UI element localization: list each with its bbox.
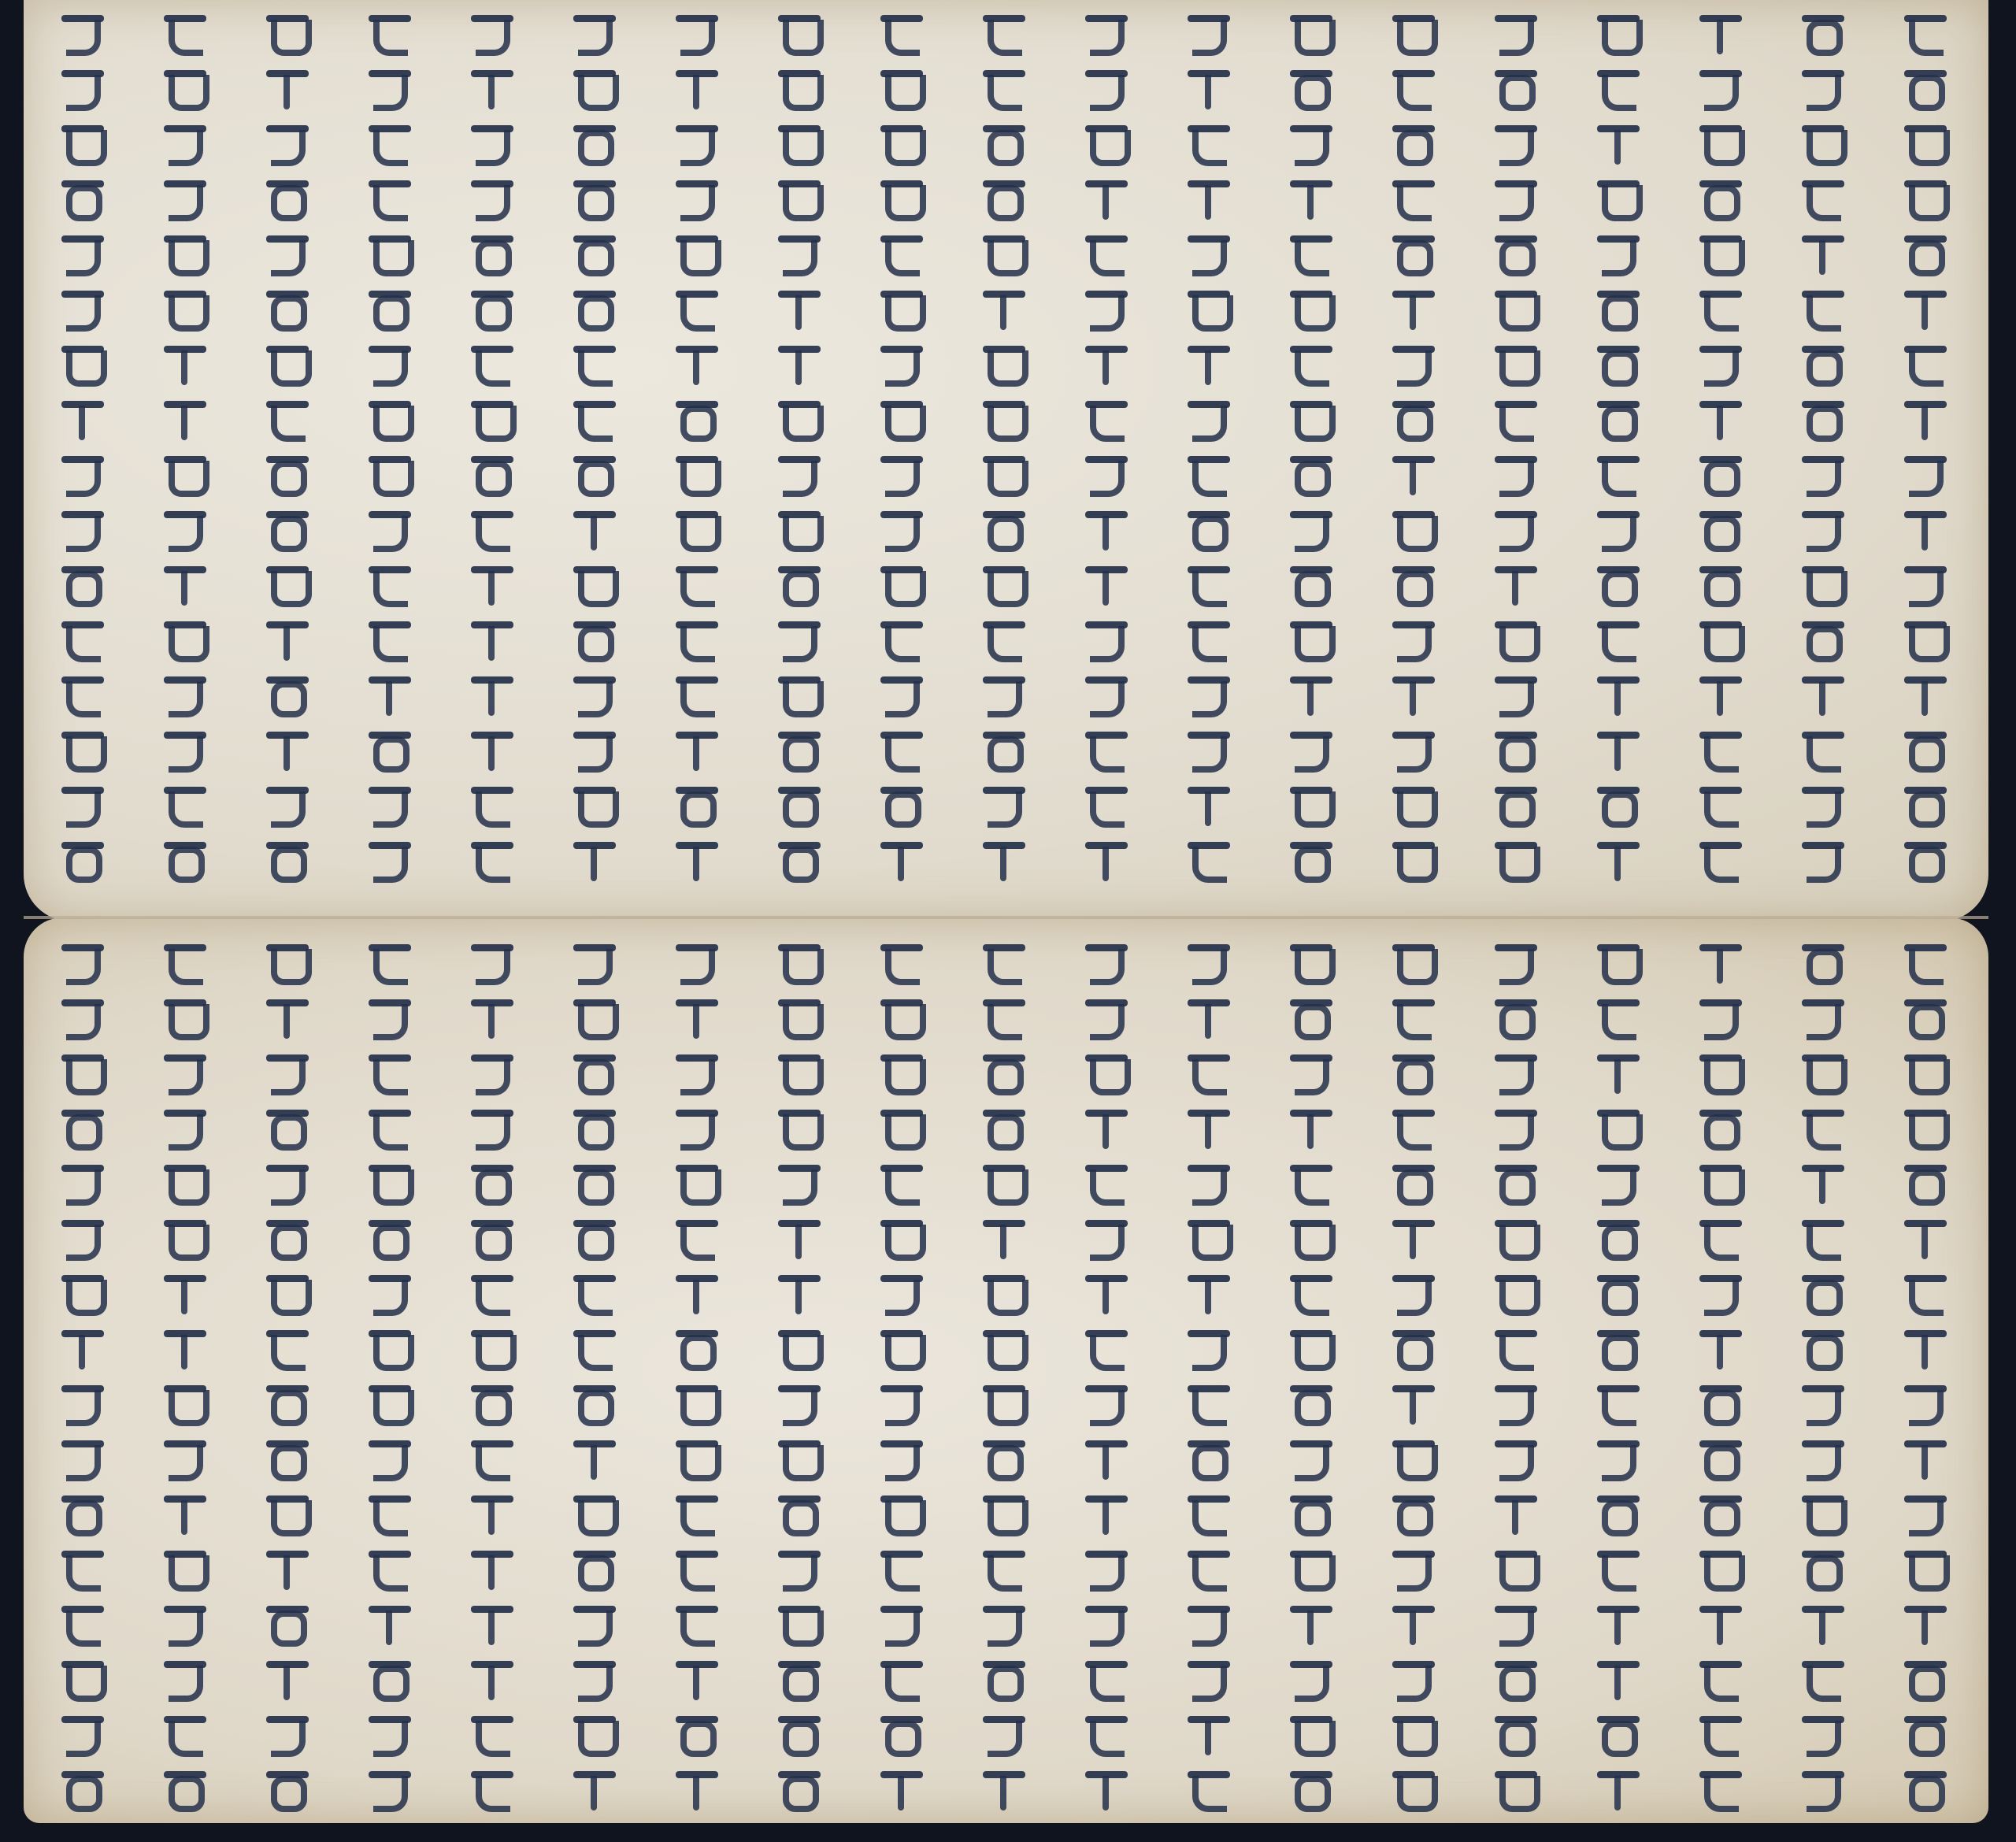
script-column	[1488, 12, 1543, 884]
handwritten-glyph	[874, 1437, 929, 1483]
handwritten-glyph	[1795, 1658, 1851, 1703]
handwritten-glyph	[1591, 122, 1646, 168]
script-column	[874, 941, 929, 1814]
handwritten-glyph	[55, 784, 110, 829]
handwritten-glyph	[362, 67, 417, 113]
handwritten-glyph	[1284, 1547, 1339, 1593]
handwritten-glyph	[1488, 1382, 1543, 1428]
handwritten-glyph	[1181, 287, 1236, 333]
handwritten-glyph	[260, 784, 315, 829]
handwritten-glyph	[669, 1603, 724, 1648]
handwritten-glyph	[55, 398, 110, 443]
handwritten-glyph	[1181, 1437, 1236, 1483]
handwritten-glyph	[772, 1658, 827, 1703]
handwritten-glyph	[55, 1272, 110, 1318]
handwritten-glyph	[1284, 1713, 1339, 1759]
script-column	[1181, 941, 1236, 1814]
handwritten-glyph	[772, 1547, 827, 1593]
handwritten-glyph	[1898, 232, 1953, 278]
handwritten-glyph	[1795, 996, 1851, 1042]
handwritten-glyph	[1795, 508, 1851, 554]
handwritten-glyph	[1079, 12, 1134, 57]
handwritten-glyph	[1181, 343, 1236, 388]
handwritten-glyph	[55, 508, 110, 554]
handwritten-glyph	[1488, 996, 1543, 1042]
handwritten-glyph	[976, 996, 1032, 1042]
handwritten-glyph	[874, 1162, 929, 1207]
handwritten-glyph	[157, 996, 213, 1042]
handwritten-glyph	[1795, 673, 1851, 719]
handwritten-glyph	[1693, 1272, 1748, 1318]
handwritten-glyph	[157, 177, 213, 223]
handwritten-glyph	[874, 728, 929, 774]
handwritten-glyph	[772, 1713, 827, 1759]
handwritten-glyph	[669, 839, 724, 884]
handwritten-glyph	[362, 12, 417, 57]
handwritten-glyph	[1488, 287, 1543, 333]
handwritten-glyph	[1386, 1106, 1441, 1152]
handwritten-glyph	[1284, 839, 1339, 884]
handwritten-glyph	[772, 12, 827, 57]
handwritten-glyph	[1181, 1768, 1236, 1814]
handwritten-glyph	[260, 287, 315, 333]
handwritten-glyph	[1488, 343, 1543, 388]
handwritten-glyph	[260, 839, 315, 884]
handwritten-glyph	[976, 618, 1032, 664]
handwritten-glyph	[1795, 122, 1851, 168]
handwritten-glyph	[976, 398, 1032, 443]
handwritten-glyph	[465, 1713, 520, 1759]
handwritten-glyph	[260, 1051, 315, 1097]
script-column	[260, 941, 315, 1814]
handwritten-glyph	[1795, 398, 1851, 443]
script-column	[362, 12, 417, 884]
handwritten-glyph	[465, 839, 520, 884]
handwritten-glyph	[1284, 941, 1339, 987]
handwritten-glyph	[1693, 728, 1748, 774]
handwritten-glyph	[157, 1547, 213, 1593]
handwritten-glyph	[465, 1327, 520, 1373]
handwritten-glyph	[55, 1327, 110, 1373]
handwritten-glyph	[772, 618, 827, 664]
script-column	[772, 12, 827, 884]
handwritten-glyph	[1181, 1603, 1236, 1648]
handwritten-glyph	[567, 1327, 622, 1373]
handwritten-glyph	[1898, 12, 1953, 57]
handwritten-glyph	[1181, 784, 1236, 829]
handwritten-glyph	[465, 453, 520, 498]
handwritten-glyph	[1488, 453, 1543, 498]
handwritten-glyph	[157, 1162, 213, 1207]
handwritten-glyph	[1181, 618, 1236, 664]
handwritten-glyph	[362, 563, 417, 609]
handwritten-glyph	[1898, 784, 1953, 829]
handwritten-glyph	[874, 232, 929, 278]
handwritten-glyph	[1284, 1327, 1339, 1373]
handwritten-glyph	[157, 784, 213, 829]
handwritten-glyph	[669, 398, 724, 443]
handwritten-glyph	[874, 941, 929, 987]
handwritten-glyph	[157, 122, 213, 168]
handwritten-glyph	[465, 996, 520, 1042]
handwritten-glyph	[1181, 1051, 1236, 1097]
handwritten-glyph	[1079, 508, 1134, 554]
handwritten-glyph	[1181, 1327, 1236, 1373]
handwritten-glyph	[976, 343, 1032, 388]
handwritten-glyph	[1284, 1658, 1339, 1703]
handwritten-glyph	[1284, 122, 1339, 168]
handwritten-glyph	[1898, 1272, 1953, 1318]
handwritten-glyph	[1488, 1217, 1543, 1262]
handwritten-glyph	[976, 563, 1032, 609]
handwritten-glyph	[567, 1658, 622, 1703]
handwritten-glyph	[1795, 1272, 1851, 1318]
handwritten-glyph	[260, 177, 315, 223]
handwritten-glyph	[55, 1492, 110, 1538]
handwritten-glyph	[1795, 1768, 1851, 1814]
script-column	[1591, 941, 1646, 1814]
handwritten-glyph	[1591, 398, 1646, 443]
handwritten-glyph	[362, 1272, 417, 1318]
handwritten-glyph	[1898, 941, 1953, 987]
handwritten-glyph	[362, 1713, 417, 1759]
handwritten-glyph	[1795, 343, 1851, 388]
handwritten-glyph	[1488, 1106, 1543, 1152]
handwritten-glyph	[1079, 1217, 1134, 1262]
handwritten-glyph	[1591, 12, 1646, 57]
handwritten-glyph	[1181, 398, 1236, 443]
handwritten-glyph	[1079, 728, 1134, 774]
handwritten-glyph	[465, 1492, 520, 1538]
handwritten-glyph	[1898, 618, 1953, 664]
handwritten-glyph	[55, 839, 110, 884]
handwritten-glyph	[1488, 1437, 1543, 1483]
handwritten-glyph	[1284, 1382, 1339, 1428]
handwritten-glyph	[874, 1382, 929, 1428]
handwritten-glyph	[157, 1217, 213, 1262]
script-column	[1898, 12, 1953, 884]
handwritten-glyph	[874, 453, 929, 498]
handwritten-glyph	[1284, 287, 1339, 333]
handwritten-glyph	[976, 453, 1032, 498]
handwritten-glyph	[362, 839, 417, 884]
handwritten-glyph	[669, 996, 724, 1042]
handwritten-glyph	[567, 1106, 622, 1152]
handwritten-glyph	[1181, 563, 1236, 609]
handwritten-glyph	[874, 839, 929, 884]
handwritten-glyph	[1898, 1051, 1953, 1097]
handwritten-glyph	[260, 453, 315, 498]
handwritten-glyph	[362, 1603, 417, 1648]
handwritten-glyph	[874, 784, 929, 829]
handwritten-glyph	[1386, 1327, 1441, 1373]
handwritten-glyph	[55, 1382, 110, 1428]
handwritten-glyph	[465, 784, 520, 829]
handwritten-glyph	[976, 12, 1032, 57]
handwritten-glyph	[874, 287, 929, 333]
handwritten-glyph	[567, 618, 622, 664]
handwritten-glyph	[362, 1162, 417, 1207]
handwritten-glyph	[669, 1547, 724, 1593]
handwritten-glyph	[669, 673, 724, 719]
handwritten-glyph	[772, 232, 827, 278]
handwritten-glyph	[260, 1217, 315, 1262]
handwritten-glyph	[1488, 673, 1543, 719]
script-column	[260, 12, 315, 884]
script-column	[669, 941, 724, 1814]
handwritten-glyph	[1181, 1492, 1236, 1538]
handwritten-glyph	[976, 941, 1032, 987]
handwritten-glyph	[1898, 996, 1953, 1042]
handwritten-glyph	[55, 1051, 110, 1097]
handwritten-glyph	[1181, 1713, 1236, 1759]
handwritten-glyph	[362, 1106, 417, 1152]
handwritten-glyph	[1898, 1603, 1953, 1648]
handwritten-glyph	[874, 1272, 929, 1318]
handwritten-glyph	[1079, 1162, 1134, 1207]
handwritten-glyph	[1284, 1106, 1339, 1152]
handwritten-glyph	[1386, 839, 1441, 884]
script-column	[1386, 941, 1441, 1814]
handwritten-glyph	[1284, 508, 1339, 554]
handwritten-glyph	[1079, 941, 1134, 987]
handwritten-glyph	[1795, 453, 1851, 498]
handwritten-glyph	[260, 1768, 315, 1814]
handwritten-glyph	[1591, 728, 1646, 774]
handwritten-glyph	[1591, 1162, 1646, 1207]
handwritten-glyph	[55, 343, 110, 388]
handwritten-glyph	[669, 1327, 724, 1373]
handwritten-glyph	[1591, 232, 1646, 278]
handwritten-glyph	[55, 12, 110, 57]
handwritten-glyph	[465, 728, 520, 774]
handwritten-glyph	[874, 1051, 929, 1097]
handwritten-glyph	[1795, 1382, 1851, 1428]
handwritten-glyph	[1386, 1437, 1441, 1483]
handwritten-glyph	[260, 1713, 315, 1759]
handwritten-glyph	[1386, 1272, 1441, 1318]
handwritten-glyph	[1181, 232, 1236, 278]
handwritten-glyph	[362, 1382, 417, 1428]
handwritten-glyph	[976, 67, 1032, 113]
script-column	[55, 941, 110, 1814]
handwritten-glyph	[1284, 728, 1339, 774]
handwritten-glyph	[362, 177, 417, 223]
handwritten-glyph	[1693, 1051, 1748, 1097]
handwritten-glyph	[1284, 1162, 1339, 1207]
script-column	[1795, 941, 1851, 1814]
handwritten-glyph	[1591, 67, 1646, 113]
handwritten-glyph	[772, 67, 827, 113]
handwritten-glyph	[55, 1437, 110, 1483]
handwritten-glyph	[55, 1217, 110, 1262]
handwritten-glyph	[1693, 839, 1748, 884]
handwritten-glyph	[1284, 453, 1339, 498]
handwritten-glyph	[1079, 1382, 1134, 1428]
script-column	[976, 941, 1032, 1814]
handwritten-glyph	[1079, 618, 1134, 664]
handwritten-glyph	[976, 1327, 1032, 1373]
handwritten-glyph	[1693, 508, 1748, 554]
handwritten-glyph	[1898, 1713, 1953, 1759]
handwritten-glyph	[1488, 12, 1543, 57]
handwritten-glyph	[976, 177, 1032, 223]
handwritten-glyph	[1079, 1437, 1134, 1483]
handwritten-glyph	[976, 287, 1032, 333]
handwritten-glyph	[1898, 287, 1953, 333]
handwritten-glyph	[1079, 1713, 1134, 1759]
handwritten-glyph	[1488, 1658, 1543, 1703]
handwritten-glyph	[1591, 287, 1646, 333]
handwritten-glyph	[1386, 1713, 1441, 1759]
handwritten-glyph	[1591, 1603, 1646, 1648]
handwritten-glyph	[669, 728, 724, 774]
handwritten-glyph	[362, 1437, 417, 1483]
handwritten-glyph	[362, 1492, 417, 1538]
handwritten-glyph	[1591, 1272, 1646, 1318]
handwritten-glyph	[1488, 839, 1543, 884]
handwritten-glyph	[976, 1217, 1032, 1262]
handwritten-glyph	[567, 508, 622, 554]
handwritten-glyph	[157, 287, 213, 333]
handwritten-glyph	[1284, 1603, 1339, 1648]
handwritten-glyph	[1488, 563, 1543, 609]
handwritten-glyph	[1898, 1217, 1953, 1262]
handwritten-glyph	[55, 453, 110, 498]
script-column	[1284, 12, 1339, 884]
handwritten-glyph	[1591, 941, 1646, 987]
handwritten-glyph	[465, 1272, 520, 1318]
handwritten-glyph	[976, 508, 1032, 554]
handwritten-glyph	[772, 1382, 827, 1428]
handwritten-glyph	[874, 177, 929, 223]
page-fold	[24, 916, 1988, 919]
handwritten-glyph	[772, 1437, 827, 1483]
handwritten-glyph	[362, 996, 417, 1042]
handwritten-glyph	[1079, 398, 1134, 443]
handwritten-glyph	[1488, 1713, 1543, 1759]
handwritten-glyph	[157, 1768, 213, 1814]
handwritten-glyph	[465, 1106, 520, 1152]
handwritten-glyph	[669, 1051, 724, 1097]
handwritten-glyph	[1079, 1327, 1134, 1373]
handwritten-glyph	[1284, 1217, 1339, 1262]
handwritten-glyph	[669, 1162, 724, 1207]
handwritten-glyph	[976, 1658, 1032, 1703]
script-column	[567, 12, 622, 884]
handwritten-glyph	[55, 232, 110, 278]
handwritten-glyph	[772, 563, 827, 609]
handwritten-glyph	[1693, 177, 1748, 223]
handwritten-glyph	[1386, 1162, 1441, 1207]
handwritten-glyph	[260, 618, 315, 664]
handwritten-glyph	[1898, 1327, 1953, 1373]
handwritten-glyph	[1591, 1768, 1646, 1814]
handwritten-glyph	[1079, 1768, 1134, 1814]
handwritten-glyph	[362, 1217, 417, 1262]
handwritten-glyph	[362, 784, 417, 829]
script-column	[1591, 12, 1646, 884]
handwritten-glyph	[567, 1162, 622, 1207]
handwritten-glyph	[465, 177, 520, 223]
handwritten-glyph	[567, 1713, 622, 1759]
handwritten-glyph	[669, 618, 724, 664]
handwritten-glyph	[55, 287, 110, 333]
handwritten-glyph	[1284, 232, 1339, 278]
handwritten-glyph	[1693, 1106, 1748, 1152]
handwritten-glyph	[1386, 1382, 1441, 1428]
handwritten-glyph	[1386, 618, 1441, 664]
handwritten-glyph	[874, 398, 929, 443]
handwritten-glyph	[1488, 1768, 1543, 1814]
handwritten-glyph	[1181, 67, 1236, 113]
handwritten-glyph	[1795, 839, 1851, 884]
handwritten-glyph	[260, 941, 315, 987]
handwritten-glyph	[465, 1547, 520, 1593]
handwritten-glyph	[1386, 12, 1441, 57]
handwritten-glyph	[1693, 618, 1748, 664]
handwritten-glyph	[157, 1327, 213, 1373]
handwritten-glyph	[362, 1658, 417, 1703]
handwritten-glyph	[157, 67, 213, 113]
handwritten-glyph	[157, 232, 213, 278]
handwritten-glyph	[874, 1327, 929, 1373]
handwritten-glyph	[1898, 563, 1953, 609]
handwritten-glyph	[260, 1162, 315, 1207]
handwritten-glyph	[1181, 122, 1236, 168]
handwritten-glyph	[567, 563, 622, 609]
handwritten-glyph	[1693, 1713, 1748, 1759]
handwritten-glyph	[976, 1272, 1032, 1318]
handwritten-glyph	[1079, 287, 1134, 333]
handwritten-glyph	[157, 1272, 213, 1318]
handwritten-glyph	[669, 1658, 724, 1703]
handwritten-glyph	[260, 1547, 315, 1593]
handwritten-glyph	[1386, 1217, 1441, 1262]
handwritten-glyph	[1488, 618, 1543, 664]
handwritten-glyph	[1488, 508, 1543, 554]
handwritten-glyph	[1591, 1217, 1646, 1262]
handwritten-glyph	[465, 1603, 520, 1648]
handwritten-glyph	[874, 1106, 929, 1152]
handwritten-glyph	[874, 1217, 929, 1262]
handwritten-glyph	[1284, 563, 1339, 609]
handwritten-glyph	[157, 839, 213, 884]
handwritten-glyph	[1181, 1217, 1236, 1262]
handwritten-glyph	[1488, 728, 1543, 774]
handwritten-glyph	[1181, 673, 1236, 719]
script-column	[1181, 12, 1236, 884]
manuscript-top-page	[24, 0, 1988, 921]
handwritten-glyph	[55, 1713, 110, 1759]
handwritten-glyph	[1591, 1327, 1646, 1373]
handwritten-glyph	[567, 728, 622, 774]
handwritten-glyph	[874, 1658, 929, 1703]
handwritten-glyph	[260, 398, 315, 443]
handwritten-glyph	[1693, 343, 1748, 388]
handwritten-glyph	[1898, 1162, 1953, 1207]
handwritten-glyph	[465, 343, 520, 388]
handwritten-glyph	[362, 122, 417, 168]
handwritten-glyph	[1898, 1106, 1953, 1152]
handwritten-glyph	[1795, 67, 1851, 113]
handwritten-glyph	[1181, 941, 1236, 987]
handwritten-glyph	[1898, 398, 1953, 443]
handwritten-glyph	[772, 1162, 827, 1207]
handwritten-glyph	[1386, 67, 1441, 113]
handwritten-glyph	[1079, 839, 1134, 884]
handwritten-glyph	[1284, 67, 1339, 113]
